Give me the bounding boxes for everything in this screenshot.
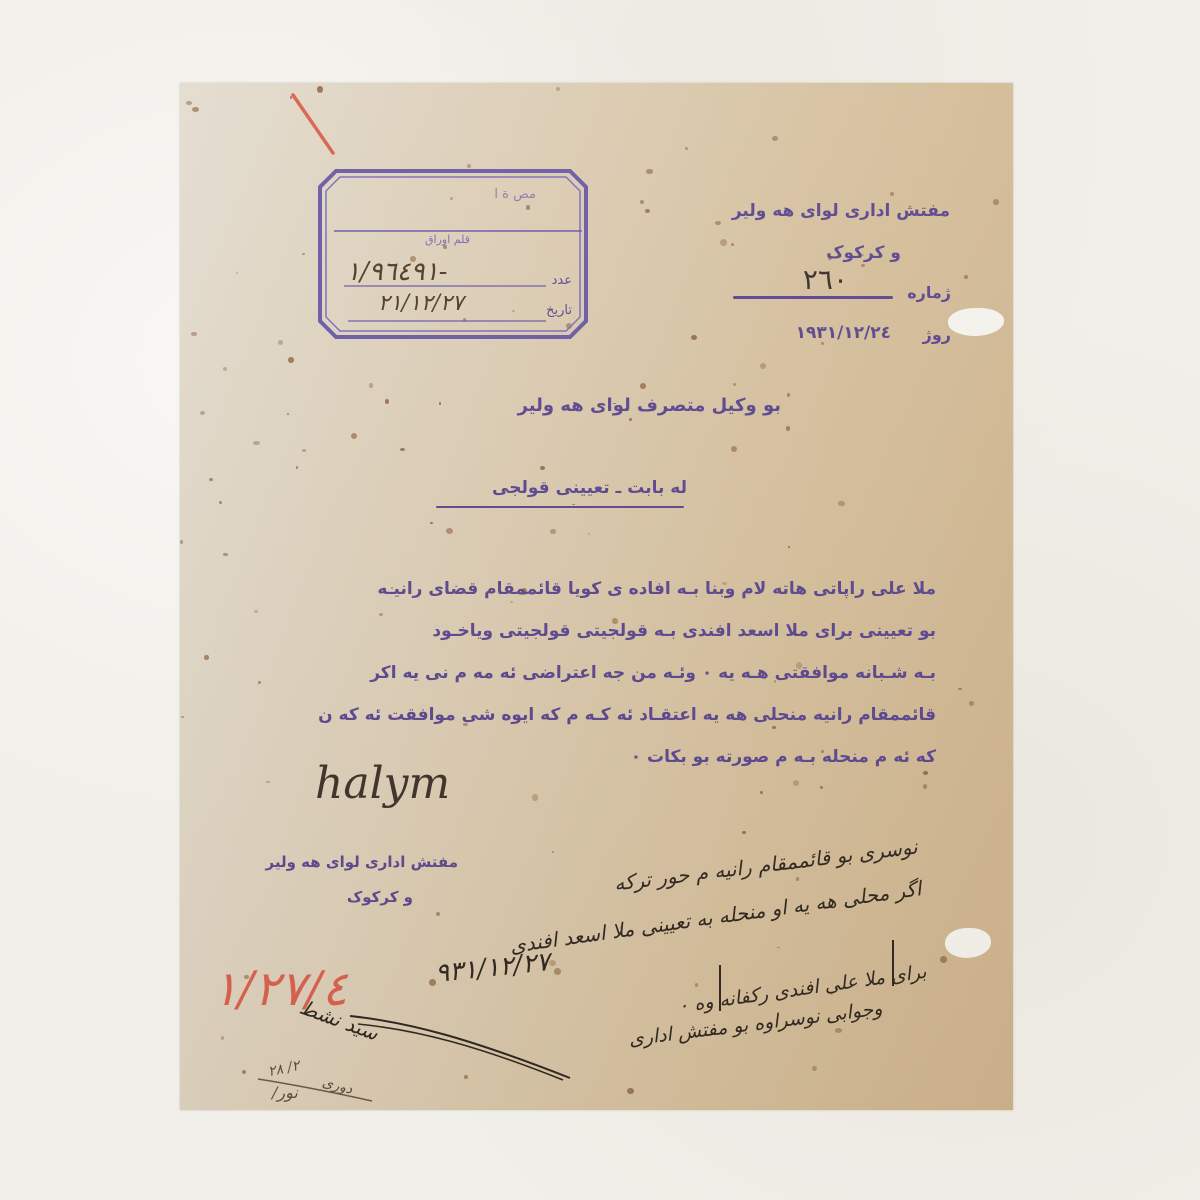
body-line: ملا علی راپاتی هاته لام وبنا بـه افاده ی… bbox=[377, 579, 936, 599]
body-line: که ئه م منحله بـه م صورته بو بکات ٠ bbox=[631, 747, 936, 767]
letterhead-date-value: ١٩٣١/١٢/٢٤ bbox=[796, 323, 891, 343]
note-flourish-line bbox=[348, 1008, 578, 1088]
body-line: بـه شـبانه موافقتی هـه یه ٠ وئـه من جه ا… bbox=[370, 663, 936, 683]
pencil-underline bbox=[256, 1075, 376, 1105]
stamp-date-value: ٢١/١٢/٢٧ bbox=[378, 291, 464, 316]
letterhead-line1: مفتش اداری لوای هه ولیر bbox=[732, 201, 950, 221]
paper-hole bbox=[948, 308, 1004, 336]
red-slash-mark bbox=[285, 91, 345, 161]
stamp-number-value: ١/٩٦٤٩١- bbox=[346, 257, 447, 287]
body-line: بو تعیینی برای ملا اسعد افندی بـه قولجیت… bbox=[432, 621, 936, 641]
document-page: مص ة ا قلم اوراق عدد ١/٩٦٤٩١- تاریخ ٢١/١… bbox=[180, 83, 1013, 1110]
letterhead-line2: و کرکوک bbox=[826, 243, 901, 263]
note-date: ٩٣١/١٢/٢٧ bbox=[434, 947, 552, 989]
subject-line: له بابت ـ تعیینی قولجی bbox=[492, 478, 687, 498]
number-underline bbox=[733, 296, 893, 299]
stamp-title: مص ة ا bbox=[494, 187, 536, 202]
registry-stamp: مص ة ا قلم اوراق عدد ١/٩٦٤٩١- تاریخ ٢١/١… bbox=[318, 169, 588, 339]
signature-title-line1: مفتش اداری لوای هه ولیر bbox=[266, 853, 459, 871]
letterhead-number-value: ٢٦٠ bbox=[803, 263, 848, 296]
signature-title-line2: و کرکوک bbox=[347, 888, 413, 906]
stamp-date-label: تاریخ bbox=[546, 303, 572, 318]
signature: halym bbox=[315, 758, 450, 809]
paper-hole bbox=[945, 928, 991, 958]
note-vertical-stroke bbox=[890, 938, 896, 988]
stamp-department: قلم اوراق bbox=[425, 233, 470, 246]
subject-underline bbox=[436, 506, 684, 508]
body-line: قائممقام رانیه منحلی هه یه اعتقـاد ئه کـ… bbox=[318, 705, 936, 725]
note-vertical-stroke bbox=[717, 963, 723, 1013]
addressee-line: بو وکیل متصرف لوای هه ولیر bbox=[518, 395, 781, 416]
note-line: اگر محلی هه یه او منحله به تعیینی ملا اس… bbox=[508, 876, 922, 958]
stamp-number-label: عدد bbox=[552, 273, 572, 288]
red-reference-number: ١/٢٧/٤ bbox=[212, 961, 347, 1017]
letterhead-date-label: روژ bbox=[923, 325, 951, 344]
letterhead-number-label: ژماره bbox=[907, 283, 951, 302]
